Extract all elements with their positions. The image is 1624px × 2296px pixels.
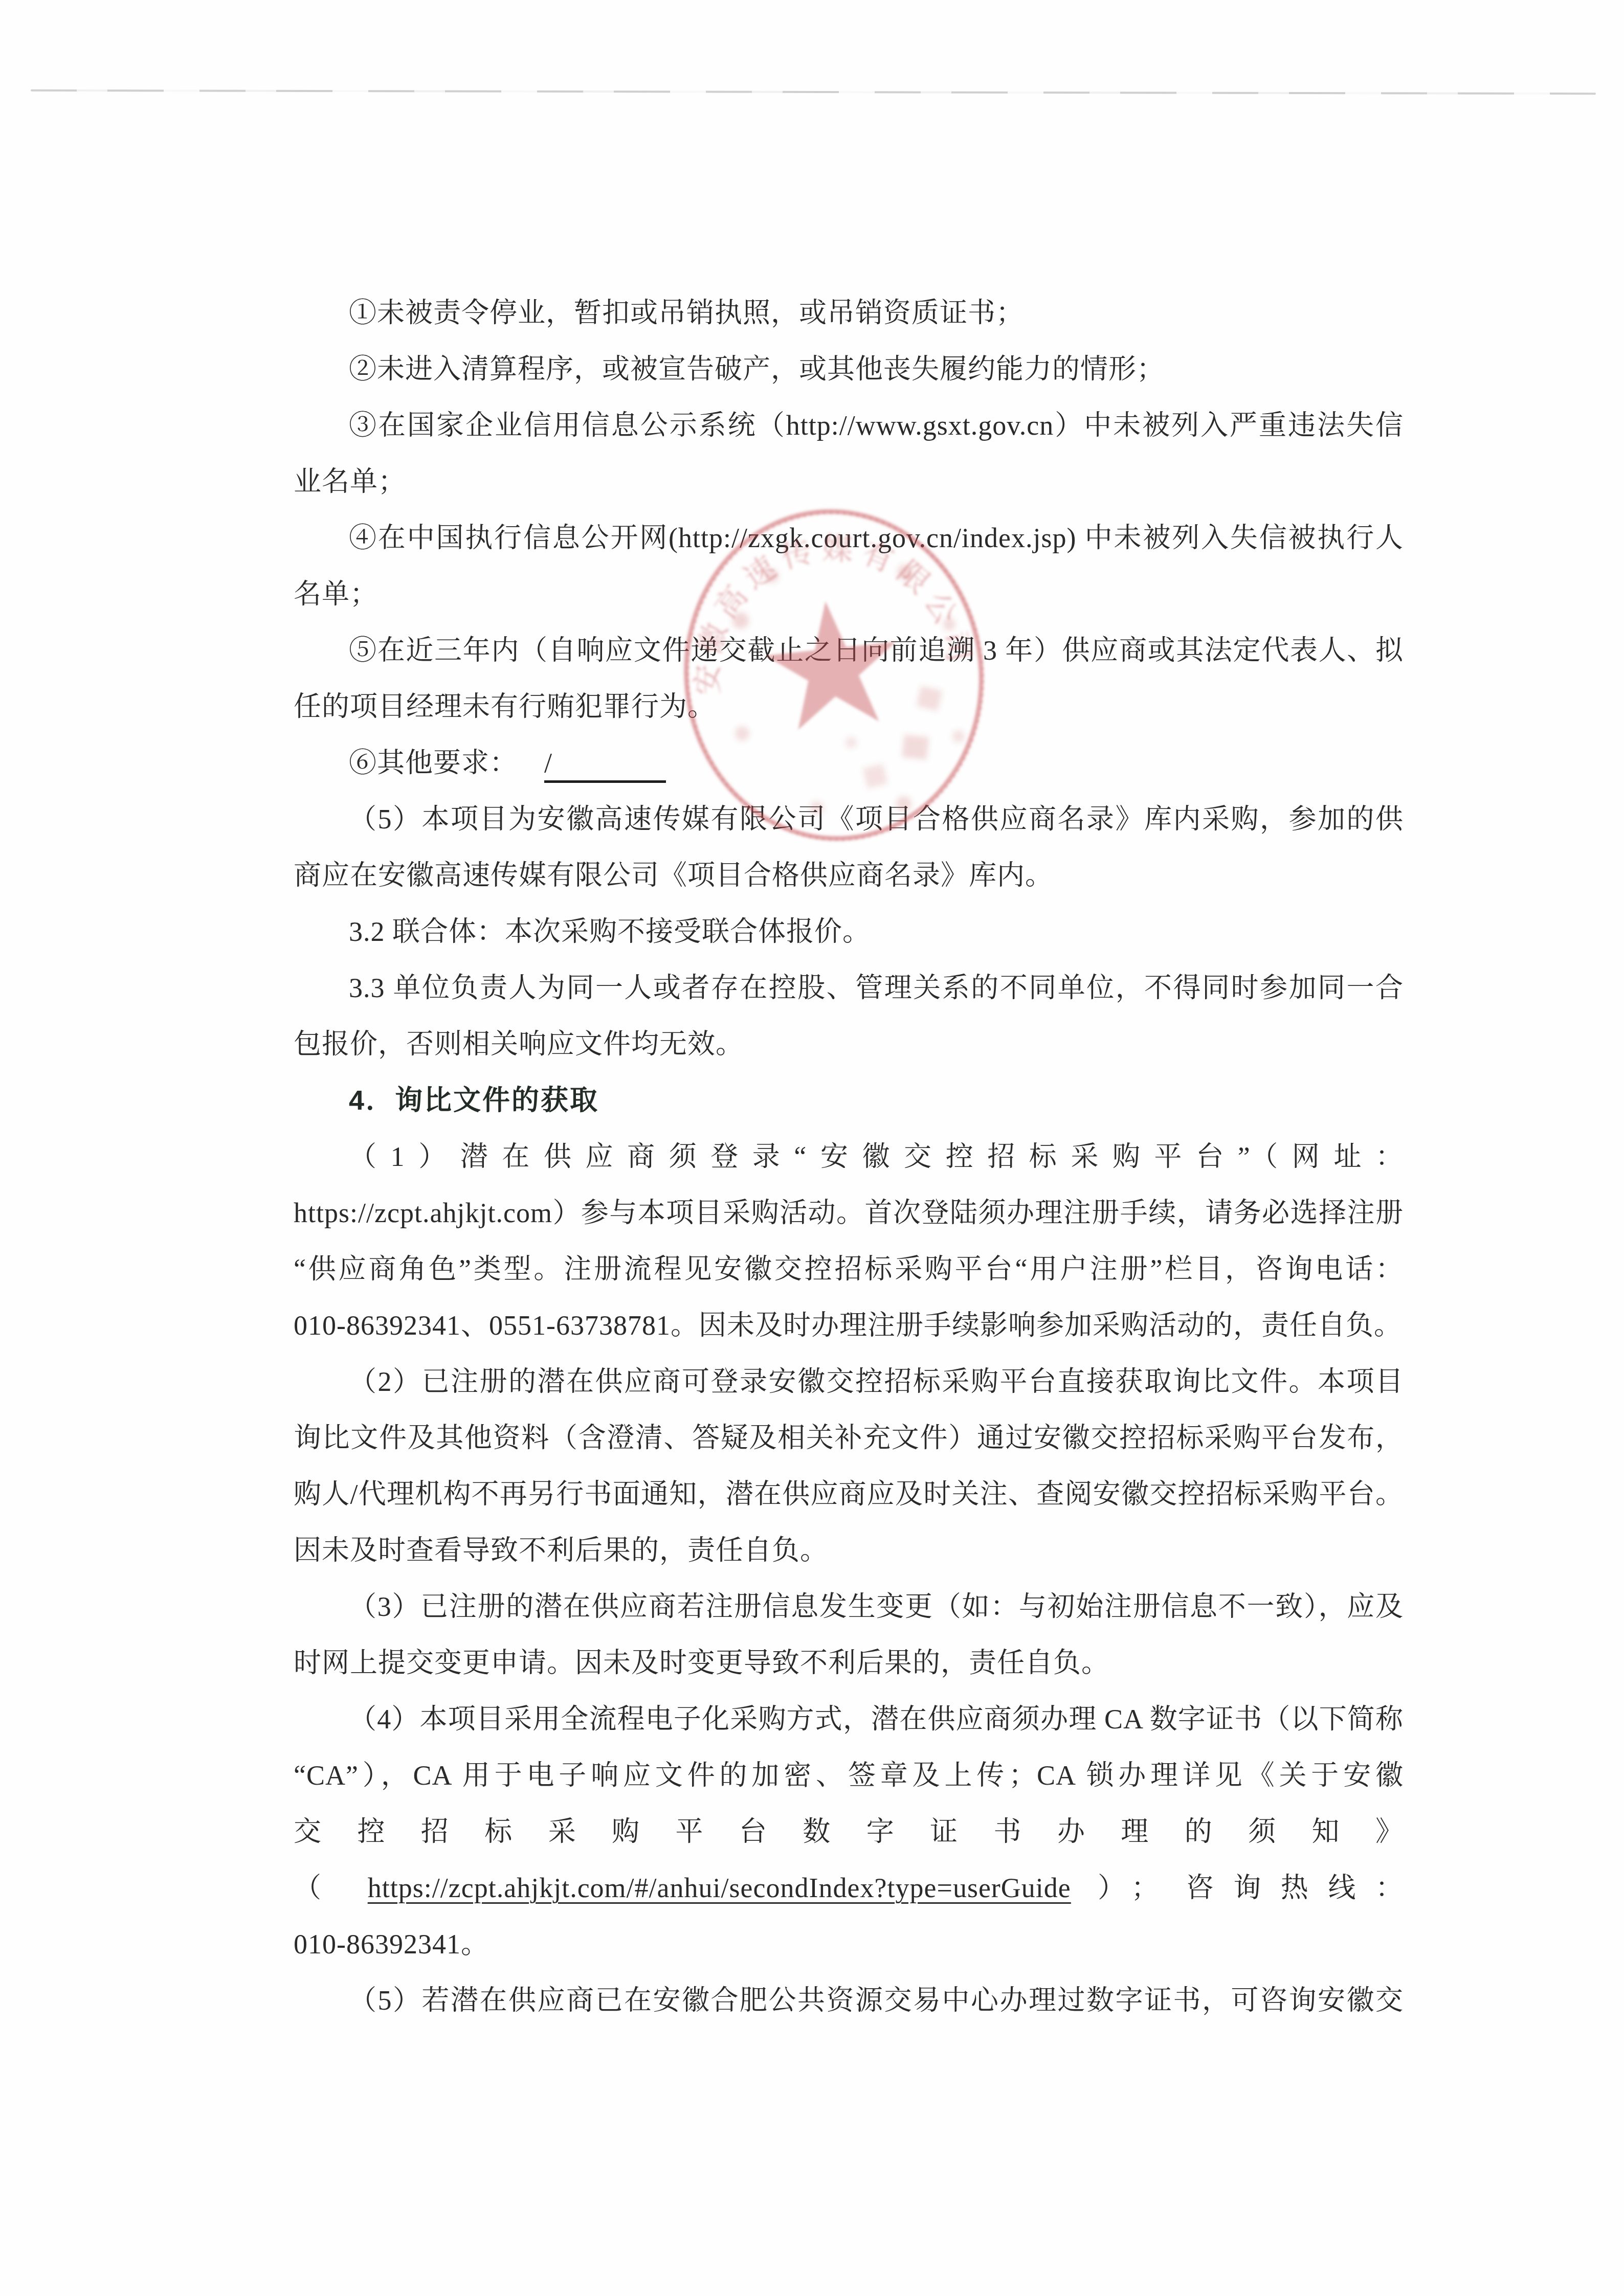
text-run: （5）若潜在供应商已在安徽合肥公共资源交易中心办理过数字证书，可咨询安徽交控 [349,1985,1404,2029]
text-run: 3.3 单位负责人为同一人或者存在控股、管理关系的不同单位，不得同时参加同一合同 [349,973,1404,1016]
document-line: （5）本项目为安徽高速传媒有限公司《项目合格供应商名录》库内采购，参加的供应 [294,791,1404,847]
scan-line-artifact [31,89,1596,95]
document-line: “CA”），CA 用于电子响应文件的加密、签章及上传；CA 锁办理详见《关于安徽 [294,1747,1404,1804]
text-run: 购人/代理机构不再另行书面通知，潜在供应商应及时关注、查阅安徽交控招标采购平台。 [294,1479,1404,1510]
text-run: ③在国家企业信用信息公示系统（http://www.gsxt.gov.cn）中未… [349,410,1404,454]
text-run: “供应商角色”类型。注册流程见安徽交控招标采购平台“用户注册”栏目，咨询电话： [294,1254,1404,1285]
document-line: 因未及时查看导致不利后果的，责任自负。 [294,1522,1404,1579]
scanned-page: ①未被责令停业，暂扣或吊销执照，或吊销资质证书；②未进入清算程序，或被宣告破产，… [0,0,1624,2296]
document-line: 包报价，否则相关响应文件均无效。 [294,1016,1404,1072]
text-run: 包报价，否则相关响应文件均无效。 [294,1029,744,1060]
document-line: （2）已注册的潜在供应商可登录安徽交控招标采购平台直接获取询比文件。本项目的 [294,1354,1404,1410]
document-line: 任的项目经理未有行贿犯罪行为。 [294,679,1404,735]
text-run: “CA”），CA 用于电子响应文件的加密、签章及上传；CA 锁办理详见《关于安徽 [294,1760,1404,1791]
document-line: 商应在安徽高速传媒有限公司《项目合格供应商名录》库内。 [294,847,1404,904]
document-line: “供应商角色”类型。注册流程见安徽交控招标采购平台“用户注册”栏目，咨询电话： [294,1241,1404,1297]
fill-in-blank: / [544,748,666,783]
text-run: 业名单； [294,466,406,497]
text-run: （3）已注册的潜在供应商若注册信息发生变更（如：与初始注册信息不一致），应及 [349,1591,1404,1622]
document-line: 010-86392341、0551-63738781。因未及时办理注册手续影响参… [294,1297,1404,1354]
document-line: （5）若潜在供应商已在安徽合肥公共资源交易中心办理过数字证书，可咨询安徽交控 [294,1972,1404,2029]
text-run: ⑤在近三年内（自响应文件递交截止之日向前追溯 3 年）供应商或其法定代表人、拟委 [349,635,1404,679]
document-url: https://zcpt.ahjkjt.com/#/anhui/secondIn… [368,1873,1071,1903]
text-run: （ [294,1873,368,1903]
text-run: 时网上提交变更申请。因未及时变更导致不利后果的，责任自负。 [294,1648,1109,1678]
text-run: ④在中国执行信息公开网(http://zxgk.court.gov.cn/ind… [349,523,1404,553]
document-line: ⑤在近三年内（自响应文件递交截止之日向前追溯 3 年）供应商或其法定代表人、拟委 [294,622,1404,679]
text-run: 因未及时查看导致不利后果的，责任自负。 [294,1535,828,1566]
text-run: （4）本项目采用全流程电子化采购方式，潜在供应商须办理 CA 数字证书（以下简称 [349,1704,1404,1735]
section-heading: 4．询比文件的获取 [294,1072,1404,1129]
text-run: 4．询比文件的获取 [349,1085,599,1116]
document-line: （1）潜在供应商须登录“安徽交控招标采购平台”（网址： [294,1129,1404,1185]
text-run: 名单； [294,579,378,610]
text-run: 询比文件及其他资料（含澄清、答疑及相关补充文件）通过安徽交控招标采购平台发布，采 [294,1423,1404,1466]
text-run: https://zcpt.ahjkjt.com）参与本项目采购活动。首次登陆须办… [294,1198,1404,1241]
text-run: 3.2 联合体：本次采购不接受联合体报价。 [349,916,871,947]
document-line: ③在国家企业信用信息公示系统（http://www.gsxt.gov.cn）中未… [294,397,1404,454]
document-line: 业名单； [294,454,1404,510]
document-line: 3.3 单位负责人为同一人或者存在控股、管理关系的不同单位，不得同时参加同一合同 [294,960,1404,1016]
text-run: ②未进入清算程序，或被宣告破产，或其他丧失履约能力的情形； [349,354,1165,385]
document-line: 询比文件及其他资料（含澄清、答疑及相关补充文件）通过安徽交控招标采购平台发布，采 [294,1410,1404,1466]
document-line: ④在中国执行信息公开网(http://zxgk.court.gov.cn/ind… [294,510,1404,566]
document-body: ①未被责令停业，暂扣或吊销执照，或吊销资质证书；②未进入清算程序，或被宣告破产，… [294,285,1404,2029]
document-line: ⑥其他要求：/ [294,735,1404,791]
document-line: 3.2 联合体：本次采购不接受联合体报价。 [294,904,1404,960]
text-run: 010-86392341。 [294,1929,489,1960]
text-run: 交控招标采购平台数字证书办理的须知》 [294,1816,1404,1847]
document-line: https://zcpt.ahjkjt.com）参与本项目采购活动。首次登陆须办… [294,1185,1404,1241]
text-run: （2）已注册的潜在供应商可登录安徽交控招标采购平台直接获取询比文件。本项目的 [349,1366,1404,1410]
document-line: 名单； [294,566,1404,622]
document-line: ②未进入清算程序，或被宣告破产，或其他丧失履约能力的情形； [294,341,1404,397]
text-run: （1）潜在供应商须登录“安徽交控招标采购平台”（网址： [349,1141,1404,1172]
text-run: ①未被责令停业，暂扣或吊销执照，或吊销资质证书； [349,298,1024,328]
document-line: 购人/代理机构不再另行书面通知，潜在供应商应及时关注、查阅安徽交控招标采购平台。 [294,1466,1404,1522]
document-line: 时网上提交变更申请。因未及时变更导致不利后果的，责任自负。 [294,1635,1404,1691]
text-run: 商应在安徽高速传媒有限公司《项目合格供应商名录》库内。 [294,860,1053,891]
text-run: 任的项目经理未有行贿犯罪行为。 [294,691,716,722]
document-line: （3）已注册的潜在供应商若注册信息发生变更（如：与初始注册信息不一致），应及 [294,1579,1404,1635]
document-line: （ https://zcpt.ahjkjt.com/#/anhui/second… [294,1860,1404,1916]
document-line: （4）本项目采用全流程电子化采购方式，潜在供应商须办理 CA 数字证书（以下简称 [294,1691,1404,1747]
text-run: 010-86392341、0551-63738781。因未及时办理注册手续影响参… [294,1310,1402,1341]
document-line: 交控招标采购平台数字证书办理的须知》 [294,1804,1404,1860]
document-line: 010-86392341。 [294,1916,1404,1972]
document-line: ①未被责令停业，暂扣或吊销执照，或吊销资质证书； [294,285,1404,341]
text-run: ）； 咨询热线： [1071,1873,1404,1903]
text-run: ⑥其他要求： [349,748,518,778]
text-run: （5）本项目为安徽高速传媒有限公司《项目合格供应商名录》库内采购，参加的供应 [349,804,1404,847]
